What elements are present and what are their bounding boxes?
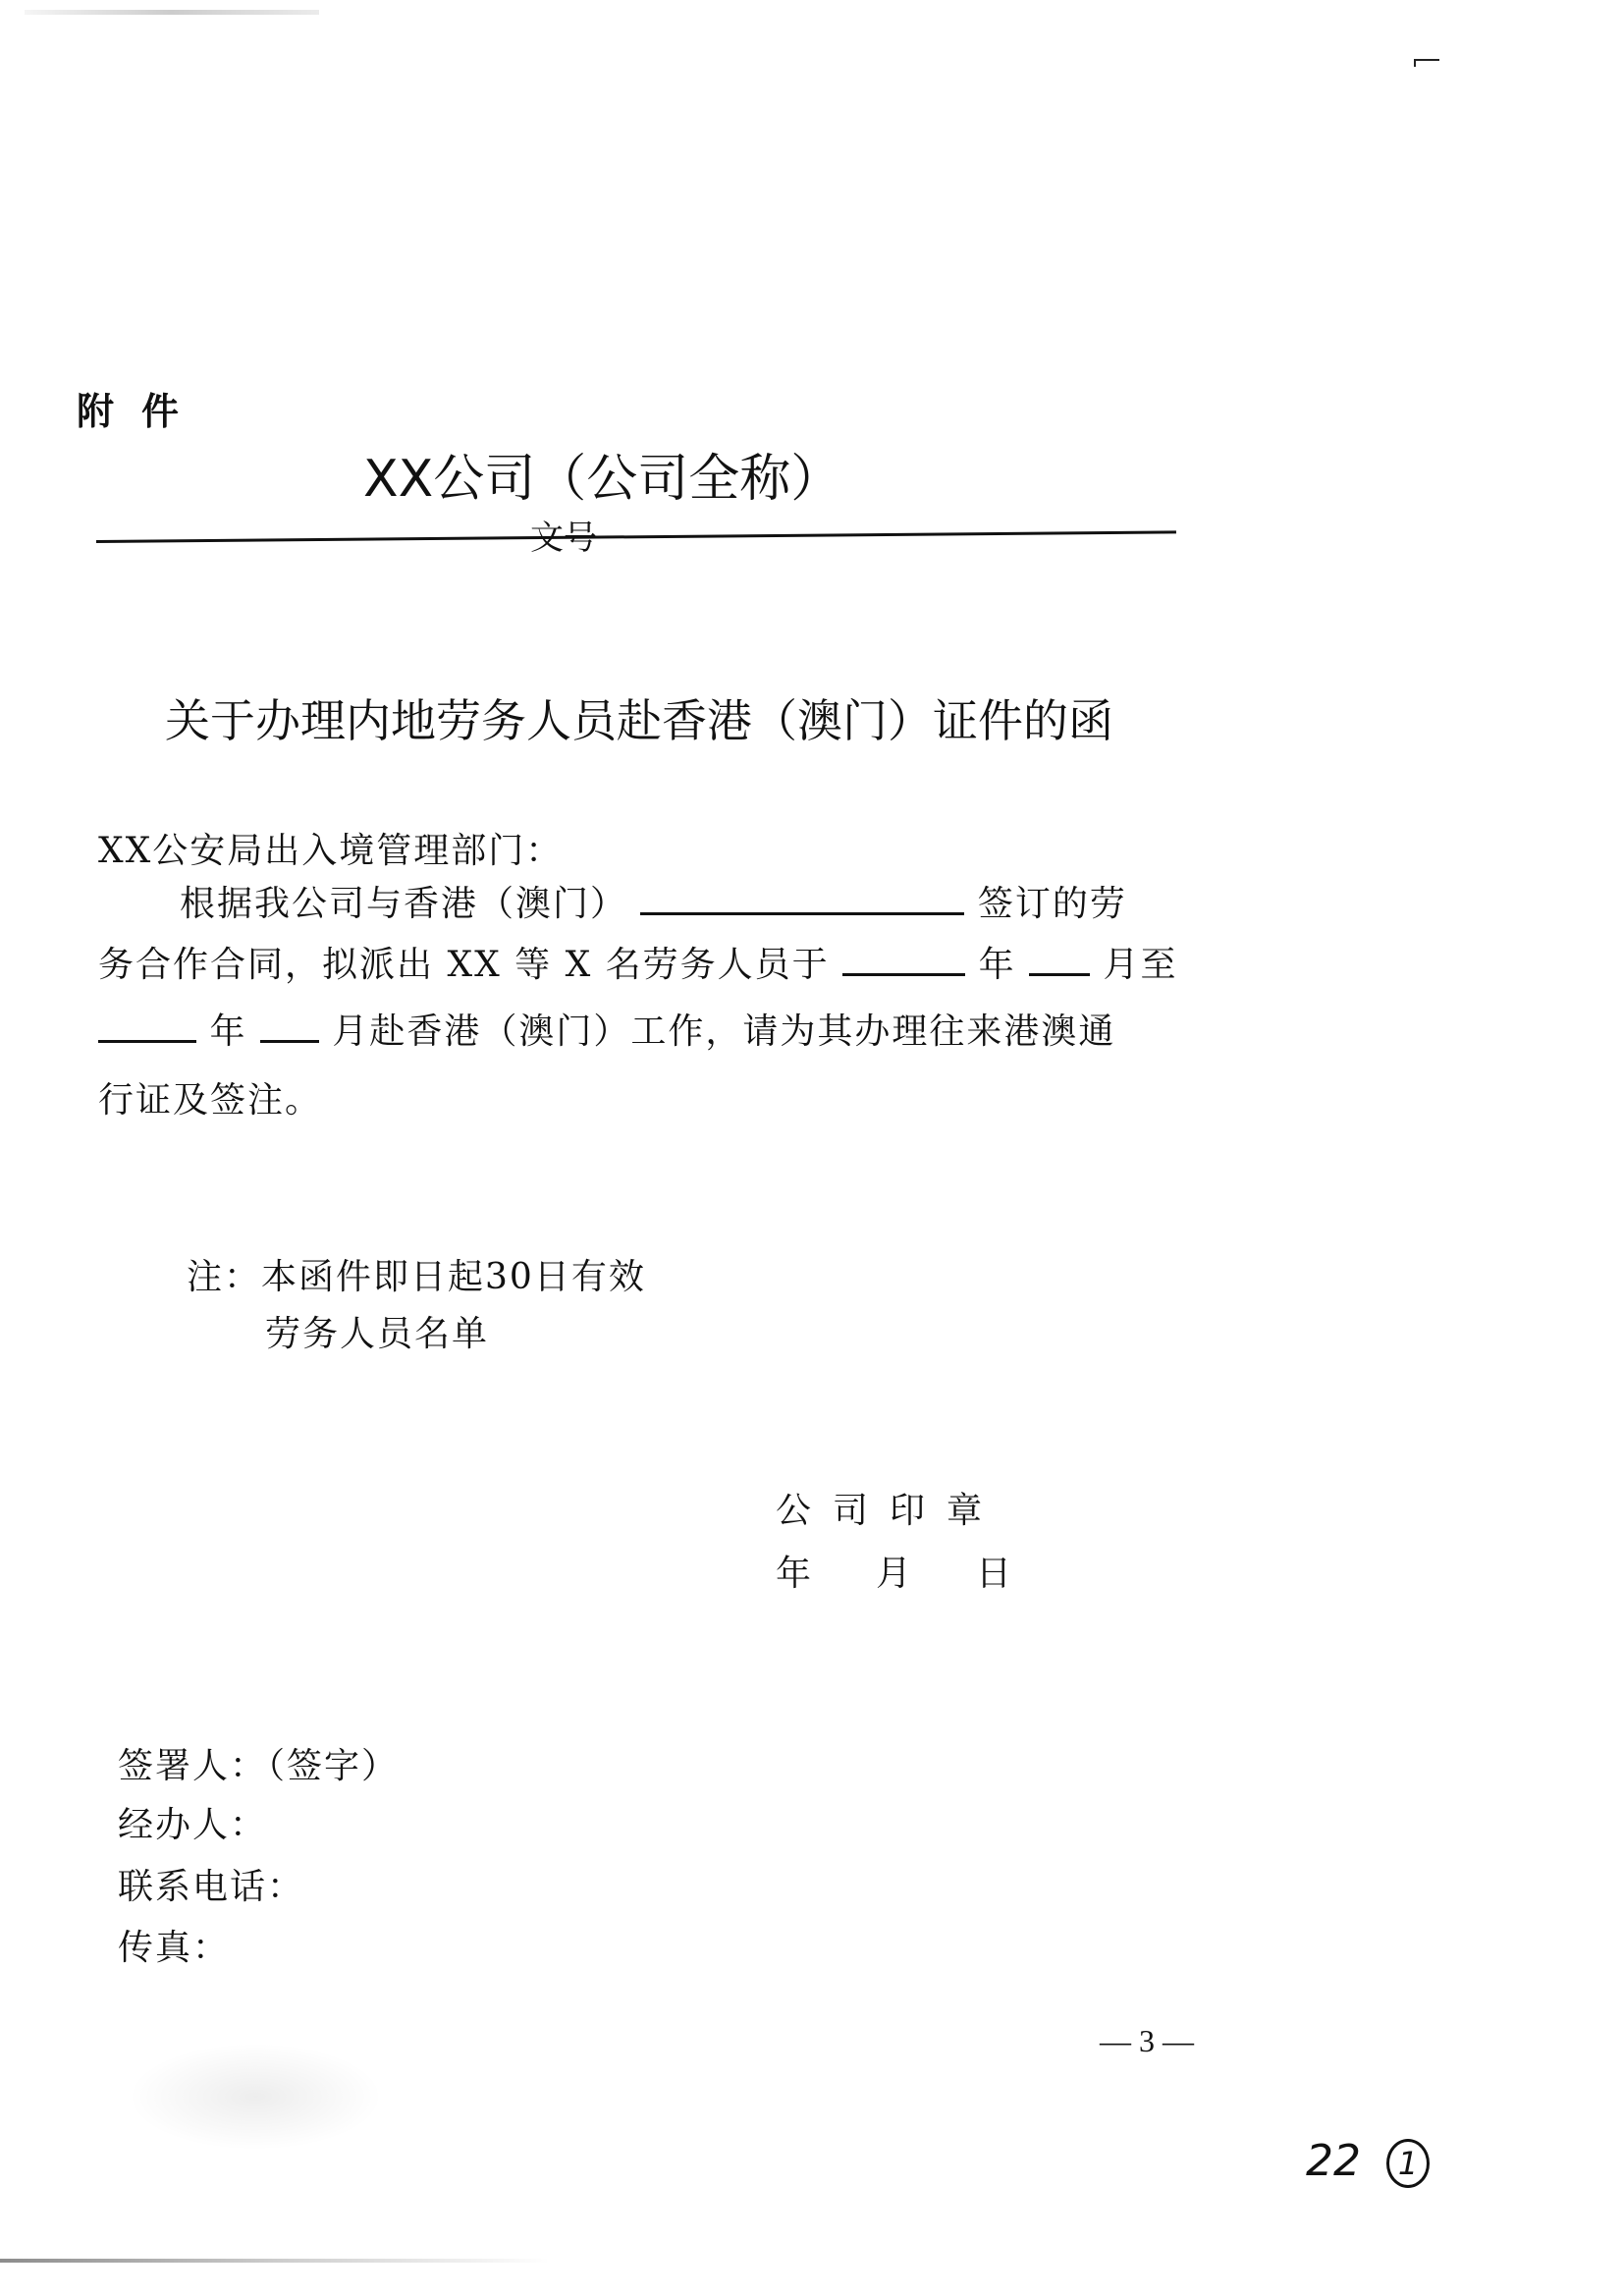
handwritten-annotation: 221 xyxy=(1306,2136,1430,2188)
body-text: 根据我公司与香港（澳门） xyxy=(180,884,627,924)
seal-date: 年月日 xyxy=(776,1546,1013,1596)
letter-title: 关于办理内地劳务人员赴香港（澳门）证件的函 xyxy=(165,685,1113,750)
blank-year xyxy=(98,1011,196,1043)
company-seal-label: 公司印章 xyxy=(776,1483,1003,1533)
scan-artifact-bottom xyxy=(0,2259,550,2263)
body-text: 签订的劳 xyxy=(978,884,1127,924)
body-text: 月赴香港（澳门）工作，请为其办理往来港澳通 xyxy=(332,1011,1115,1052)
body-text: 年 xyxy=(209,1011,246,1052)
handler-field: 经办人： xyxy=(118,1797,267,1847)
attachment-label: 附件 xyxy=(77,381,206,435)
circled-number-icon: 1 xyxy=(1386,2139,1430,2188)
date-month: 月 xyxy=(876,1554,913,1594)
faint-stamp-residue xyxy=(128,2043,383,2151)
fax-field: 传真： xyxy=(118,1920,230,1970)
addressee: XX公安局出入境管理部门： xyxy=(98,823,563,873)
page-number: — 3 — xyxy=(1100,2023,1194,2059)
handwritten-number: 22 xyxy=(1306,2136,1361,2186)
signer-field: 签署人：（签字） xyxy=(118,1738,399,1788)
body-line-4: 行证及签注。 xyxy=(98,1072,322,1122)
blank-party xyxy=(640,883,964,915)
date-year: 年 xyxy=(776,1554,813,1594)
company-name: XX公司（公司全称） xyxy=(363,437,841,511)
scan-artifact-top xyxy=(25,10,319,15)
phone-field: 联系电话： xyxy=(118,1859,304,1909)
body-line-1: 根据我公司与香港（澳门） 签订的劳 xyxy=(180,876,1127,926)
body-line-3: 年 月赴香港（澳门）工作，请为其办理往来港澳通 xyxy=(98,1004,1115,1054)
note-validity: 注：本函件即日起30日有效 xyxy=(187,1249,646,1299)
body-text: 务合作合同，拟派出 XX 等 X 名劳务人员于 xyxy=(98,945,830,985)
body-text: 月至 xyxy=(1104,945,1178,985)
blank-month xyxy=(260,1011,319,1043)
note-attachment: 劳务人员名单 xyxy=(265,1306,489,1356)
corner-mark xyxy=(1414,59,1416,67)
body-line-2: 务合作合同，拟派出 XX 等 X 名劳务人员于 年 月至 xyxy=(98,937,1178,987)
blank-year xyxy=(842,944,965,976)
date-day: 日 xyxy=(976,1554,1013,1594)
note-text: 本函件即日起30日有效 xyxy=(261,1257,646,1297)
document-number-label: 文号 xyxy=(530,511,597,559)
note-label: 注： xyxy=(187,1257,261,1297)
header-rule xyxy=(96,530,1176,543)
blank-month xyxy=(1029,944,1090,976)
corner-mark xyxy=(1414,59,1439,61)
body-text: 年 xyxy=(979,945,1016,985)
